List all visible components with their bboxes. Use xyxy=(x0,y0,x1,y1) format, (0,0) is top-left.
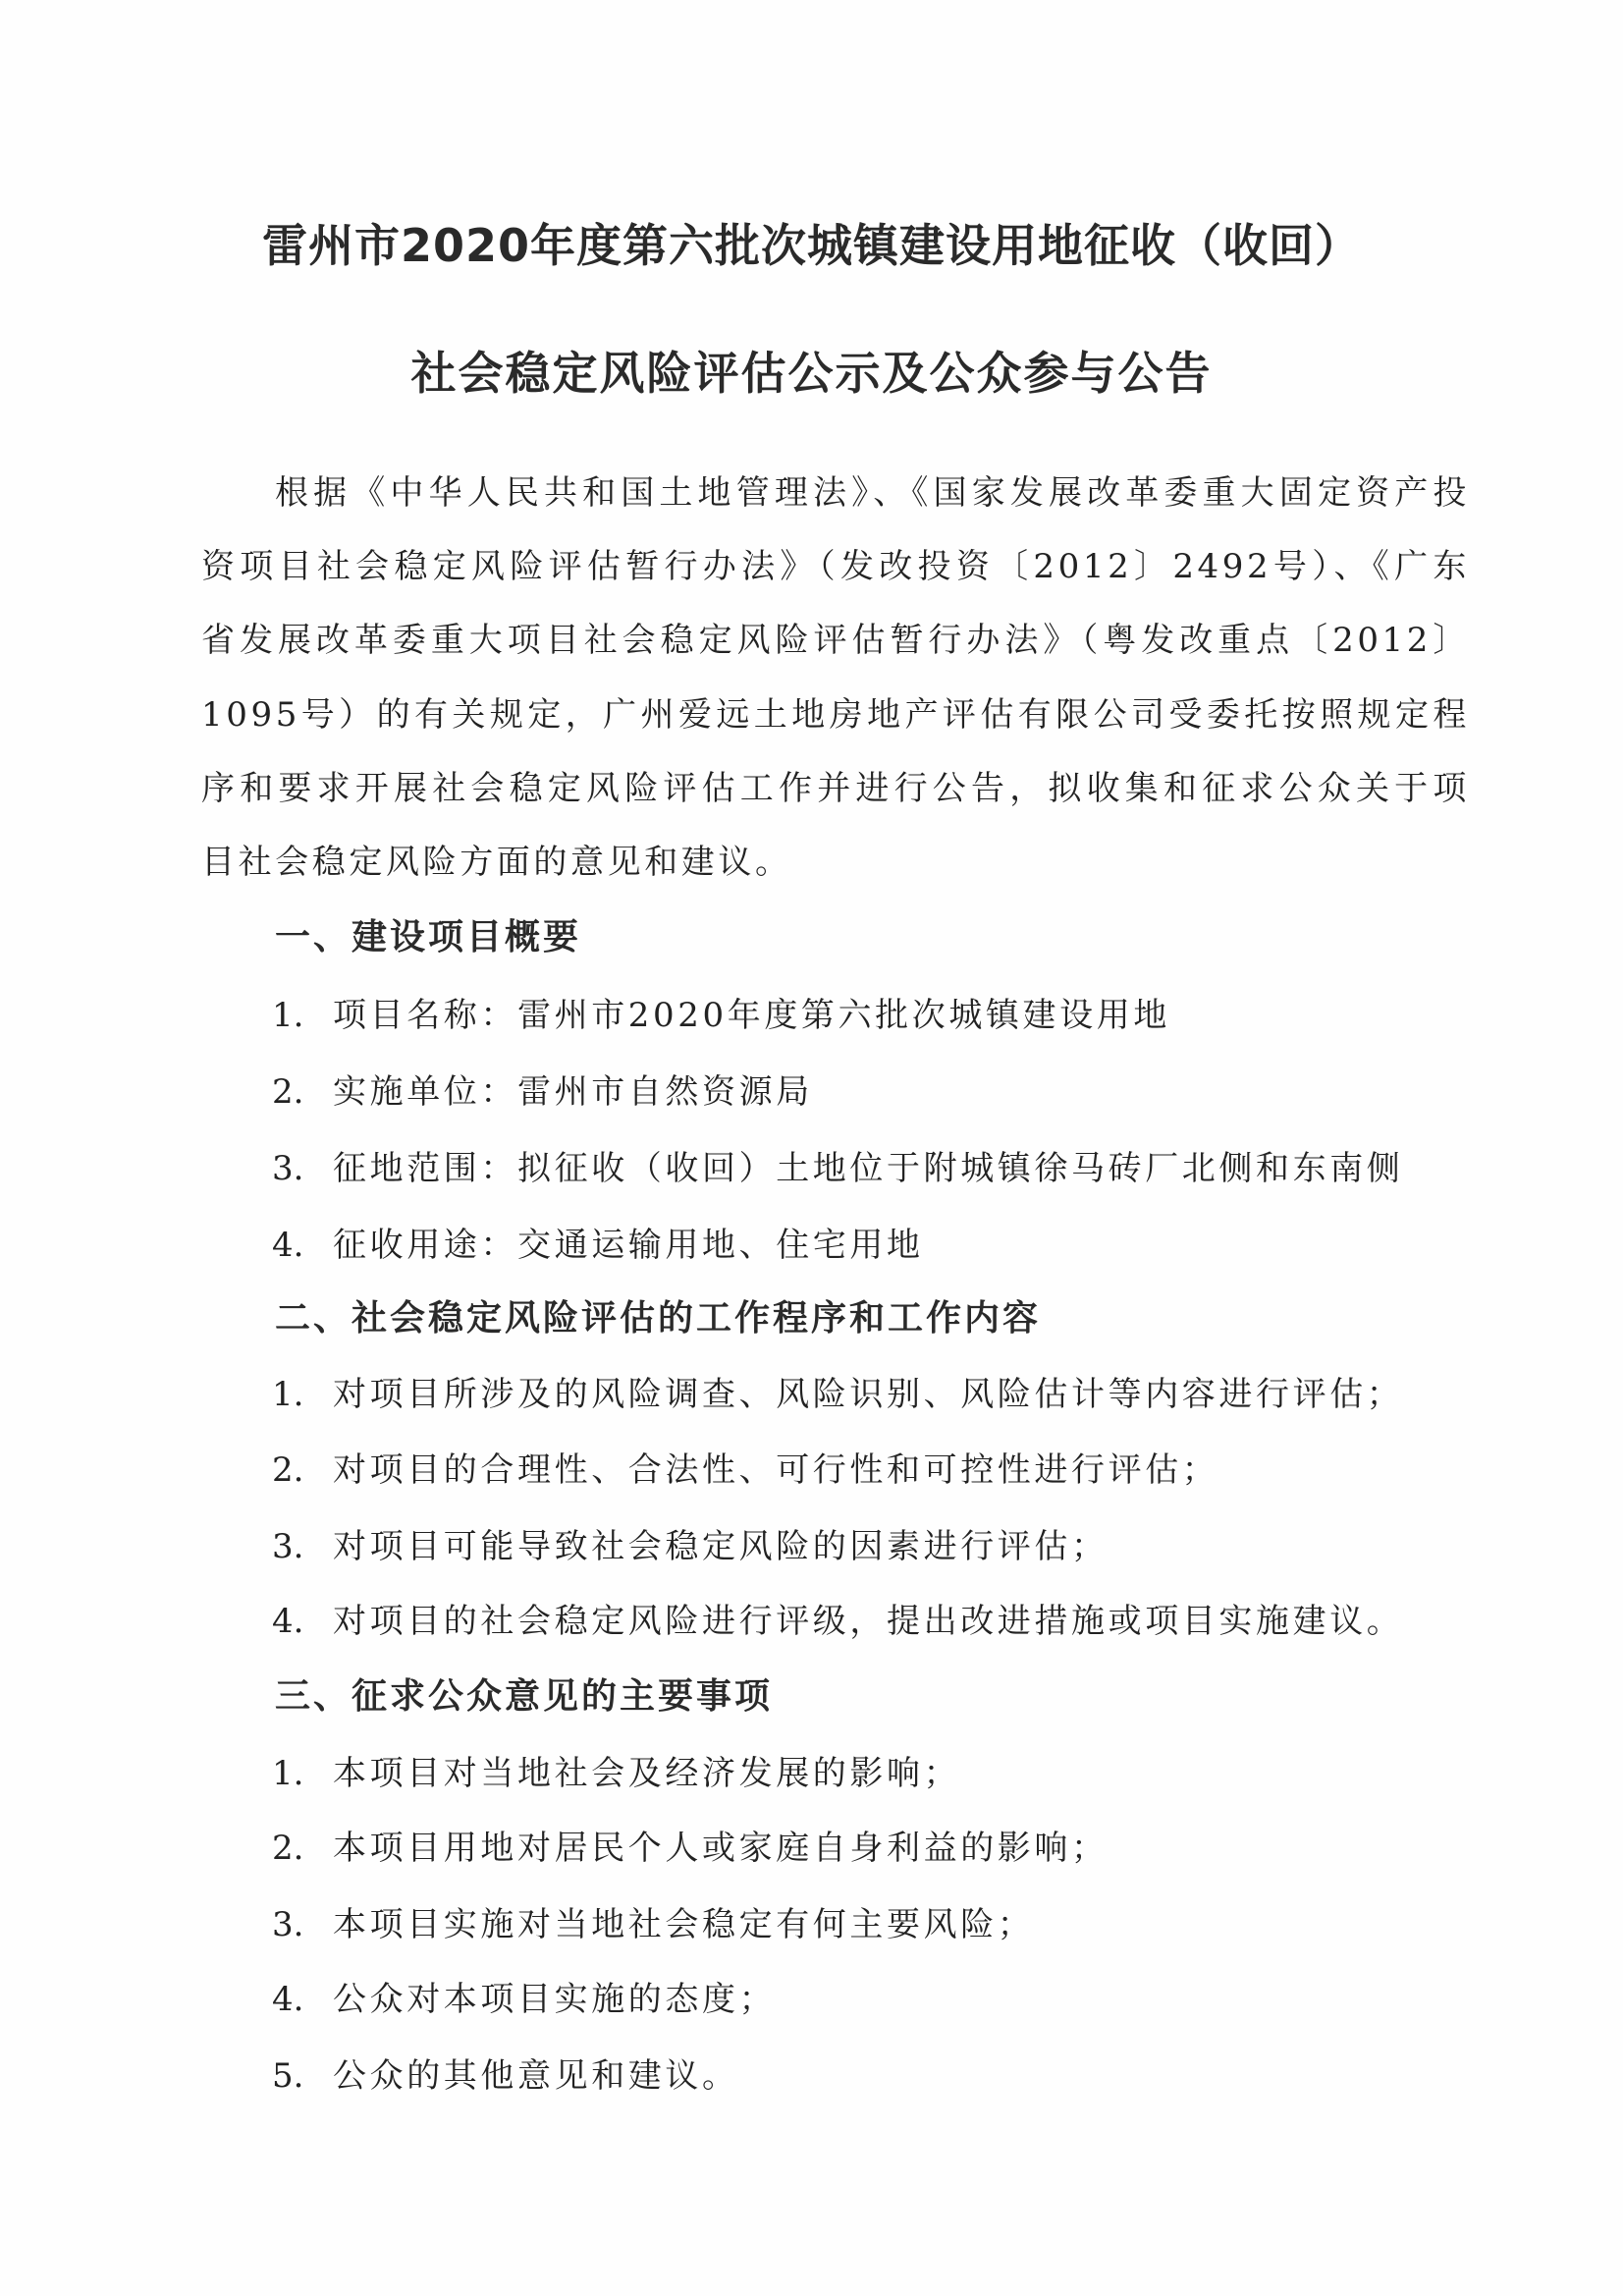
item-number: 3. xyxy=(272,1903,333,1946)
item-number: 4. xyxy=(272,1224,333,1267)
intro-line: 序和要求开展社会稳定风险评估工作并进行公告，拟收集和征求公众关于项 xyxy=(201,767,1470,810)
intro-line: 根据《中华人民共和国土地管理法》、《国家发展改革委重大固定资产投 xyxy=(275,471,1470,515)
list-item: 3.对项目可能导致社会稳定风险的因素进行评估； xyxy=(272,1525,1109,1568)
intro-line: 资项目社会稳定风险评估暂行办法》（发改投资〔2012〕2492号）、《广东 xyxy=(201,545,1470,588)
list-item: 4.公众对本项目实施的态度； xyxy=(272,1978,776,2021)
section-heading-1: 一、建设项目概要 xyxy=(275,915,581,960)
item-number: 1. xyxy=(272,994,333,1037)
item-text: 对项目的社会稳定风险进行评级，提出改进措施或项目实施建议。 xyxy=(333,1602,1403,1641)
item-text: 本项目对当地社会及经济发展的影响； xyxy=(333,1754,960,1793)
item-number: 2. xyxy=(272,1070,333,1114)
item-number: 3. xyxy=(272,1525,333,1568)
item-text: 实施单位：雷州市自然资源局 xyxy=(333,1072,813,1112)
list-item: 4.对项目的社会稳定风险进行评级，提出改进措施或项目实施建议。 xyxy=(272,1600,1403,1643)
item-text: 项目名称：雷州市2020年度第六批次城镇建设用地 xyxy=(333,996,1170,1035)
document-title-line-1: 雷州市2020年度第六批次城镇建设用地征收（收回） xyxy=(0,216,1623,275)
list-item: 1.对项目所涉及的风险调查、风险识别、风险估计等内容进行评估； xyxy=(272,1373,1403,1416)
list-item: 1.项目名称：雷州市2020年度第六批次城镇建设用地 xyxy=(272,994,1170,1037)
intro-line: 1095号）的有关规定，广州爱远土地房地产评估有限公司受委托按照规定程 xyxy=(201,693,1470,737)
item-text: 征地范围：拟征收（收回）土地位于附城镇徐马砖厂北侧和东南侧 xyxy=(333,1149,1403,1188)
section-heading-2: 二、社会稳定风险评估的工作程序和工作内容 xyxy=(275,1296,1041,1341)
item-text: 公众的其他意见和建议。 xyxy=(333,2056,739,2096)
list-item: 1.本项目对当地社会及经济发展的影响； xyxy=(272,1752,960,1795)
document-title-line-2: 社会稳定风险评估公示及公众参与公告 xyxy=(0,344,1623,403)
section-heading-3: 三、征求公众意见的主要事项 xyxy=(275,1674,773,1720)
item-text: 对项目可能导致社会稳定风险的因素进行评估； xyxy=(333,1527,1109,1566)
item-text: 征收用途：交通运输用地、住宅用地 xyxy=(333,1226,924,1265)
item-text: 本项目实施对当地社会稳定有何主要风险； xyxy=(333,1905,1034,1944)
item-text: 对项目所涉及的风险调查、风险识别、风险估计等内容进行评估； xyxy=(333,1375,1403,1414)
item-number: 4. xyxy=(272,1600,333,1643)
list-item: 2.对项目的合理性、合法性、可行性和可控性进行评估； xyxy=(272,1449,1218,1492)
list-item: 3.征地范围：拟征收（收回）土地位于附城镇徐马砖厂北侧和东南侧 xyxy=(272,1147,1403,1190)
list-item: 3.本项目实施对当地社会稳定有何主要风险； xyxy=(272,1903,1034,1946)
item-number: 2. xyxy=(272,1449,333,1492)
list-item: 2.本项目用地对居民个人或家庭自身利益的影响； xyxy=(272,1827,1109,1870)
item-number: 3. xyxy=(272,1147,333,1190)
item-number: 1. xyxy=(272,1752,333,1795)
list-item: 4.征收用途：交通运输用地、住宅用地 xyxy=(272,1224,924,1267)
intro-line: 省发展改革委重大项目社会稳定风险评估暂行办法》（粤发改重点〔2012〕 xyxy=(201,619,1470,662)
item-number: 4. xyxy=(272,1978,333,2021)
item-number: 1. xyxy=(272,1373,333,1416)
item-text: 本项目用地对居民个人或家庭自身利益的影响； xyxy=(333,1829,1109,1868)
item-number: 2. xyxy=(272,1827,333,1870)
item-text: 对项目的合理性、合法性、可行性和可控性进行评估； xyxy=(333,1450,1218,1490)
list-item: 2.实施单位：雷州市自然资源局 xyxy=(272,1070,813,1114)
list-item: 5.公众的其他意见和建议。 xyxy=(272,2054,739,2098)
item-number: 5. xyxy=(272,2054,333,2098)
document-page: 雷州市2020年度第六批次城镇建设用地征收（收回） 社会稳定风险评估公示及公众参… xyxy=(0,0,1623,2296)
intro-line: 目社会稳定风险方面的意见和建议。 xyxy=(201,841,1470,884)
item-text: 公众对本项目实施的态度； xyxy=(333,1980,776,2019)
